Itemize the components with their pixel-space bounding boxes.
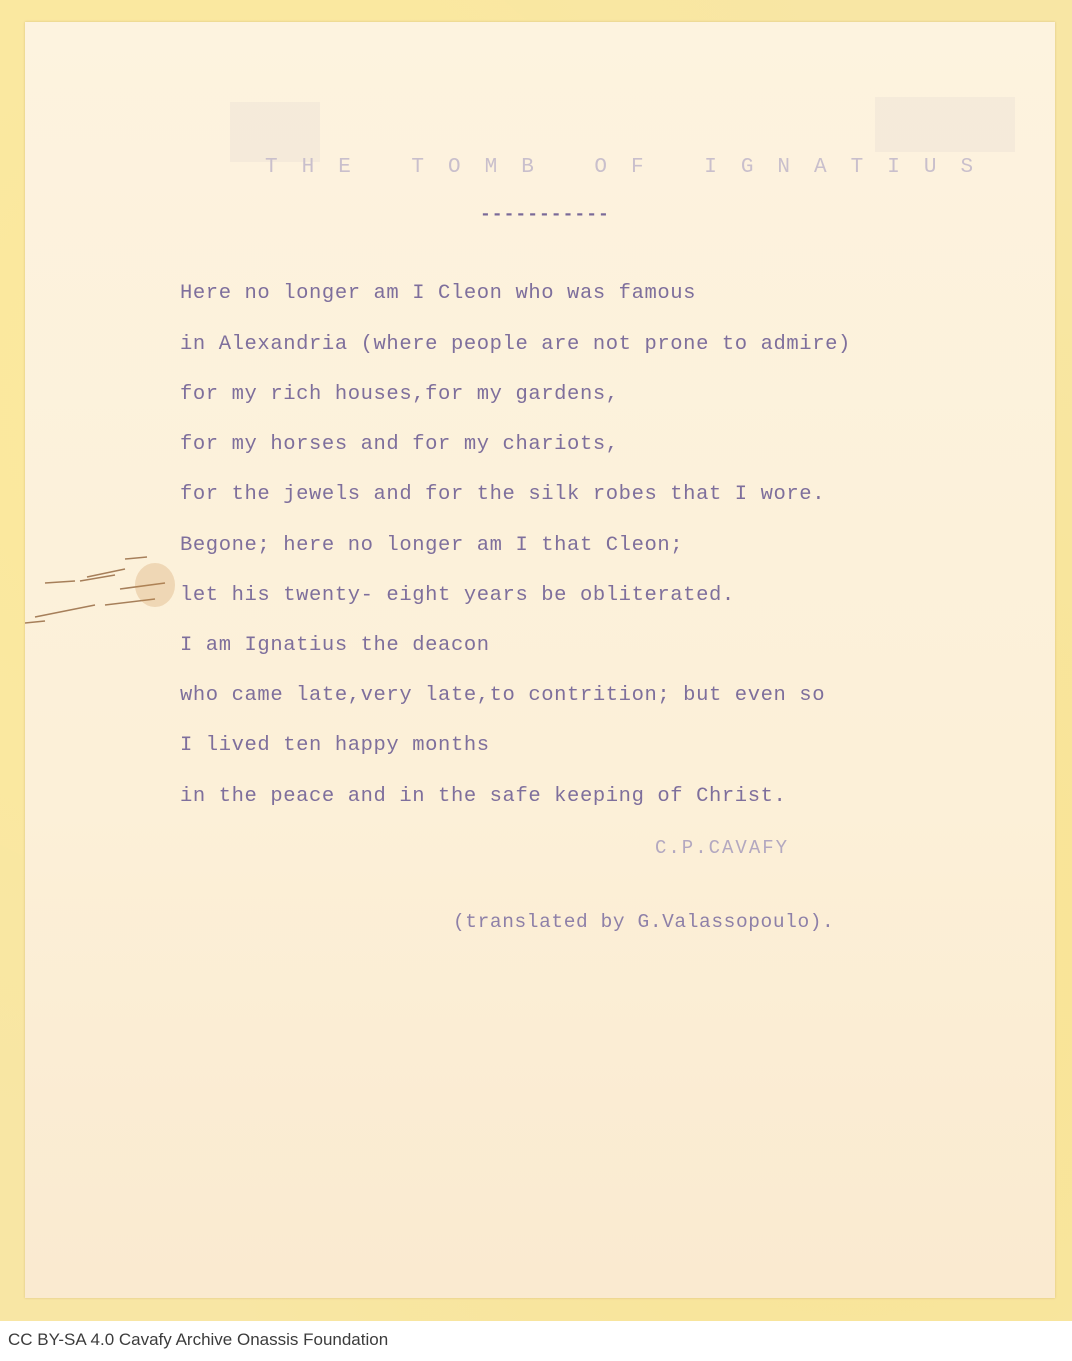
author-signature: C.P.CAVAFY (655, 837, 789, 859)
show-through-smudge (230, 102, 320, 162)
poem-line: who came late,very late,to contrition; b… (180, 684, 825, 707)
poem-line: Begone; here no longer am I that Cleon; (180, 534, 683, 557)
license-caption: CC BY-SA 4.0 Cavafy Archive Onassis Foun… (8, 1330, 388, 1350)
poem-line: I lived ten happy months (180, 734, 490, 757)
poem-title: THE TOMB OF IGNATIUS (265, 156, 865, 179)
show-through-smudge (875, 97, 1015, 152)
poem-line: for my rich houses,for my gardens, (180, 383, 619, 406)
translator-note: (translated by G.Valassopoulo). (453, 911, 834, 933)
poem-line: for the jewels and for the silk robes th… (180, 483, 825, 506)
poem-line: Here no longer am I Cleon who was famous (180, 282, 696, 305)
poem-line: in the peace and in the safe keeping of … (180, 785, 786, 808)
ink-stain-mark (25, 555, 185, 630)
poem-line: I am Ignatius the deacon (180, 634, 490, 657)
poem-line: in Alexandria (where people are not pron… (180, 333, 851, 356)
poem-line: for my horses and for my chariots, (180, 433, 619, 456)
title-underline: ----------- (480, 205, 610, 225)
poem-line: let his twenty- eight years be obliterat… (180, 584, 735, 607)
